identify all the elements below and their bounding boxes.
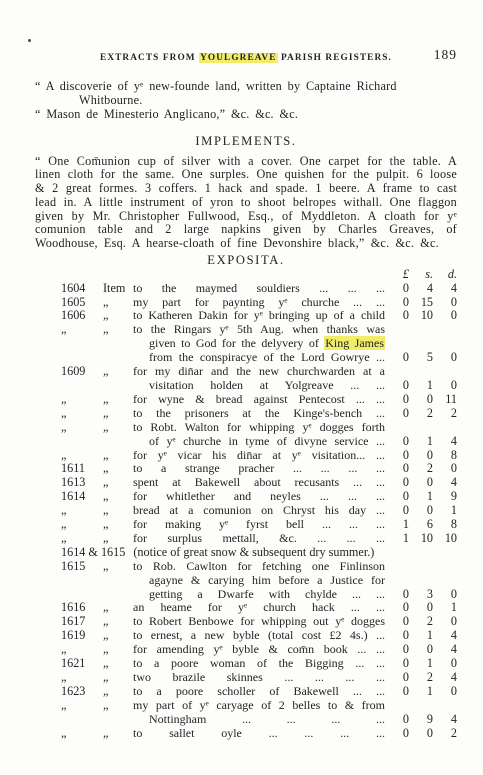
ditto-mark: „ <box>103 629 133 643</box>
amount-shillings: 0 <box>409 601 433 615</box>
entry-year: „ <box>35 671 103 685</box>
amount-pounds: 0 <box>385 685 409 699</box>
search-highlight-king-james: King James <box>324 336 385 350</box>
amount-pence: 0 <box>433 657 457 671</box>
entry-year: 1623 <box>35 685 103 699</box>
amount-shillings: 2 <box>409 407 433 421</box>
amount-shillings: 1 <box>409 629 433 643</box>
ditto-mark: „ <box>103 601 133 615</box>
amount-pence: 10 <box>433 532 457 546</box>
ditto-mark: „ <box>103 309 133 323</box>
entry-year: „ <box>35 421 103 435</box>
amount-shillings: 0 <box>409 727 433 741</box>
currency-column-headers: £ s. d. <box>35 268 457 281</box>
entry-year: „ <box>35 643 103 657</box>
implements-heading: IMPLEMENTS. <box>35 134 457 148</box>
entry-year: „ <box>35 393 103 407</box>
ditto-mark: „ <box>103 296 133 310</box>
ditto-mark: „ <box>103 685 133 699</box>
exposita-heading: EXPOSITA. <box>35 253 457 267</box>
register-entry-row: 1606„to Katheren Dakin for yᵉ bringing u… <box>35 309 457 323</box>
ditto-mark: „ <box>103 727 133 741</box>
column-header-pounds: £ <box>385 268 409 281</box>
entry-note: (notice of great snow & subsequent dry s… <box>125 546 457 560</box>
amount-shillings: 1 <box>409 435 433 449</box>
entry-description: to the prisoners at the Kinge's-bench ..… <box>133 407 385 421</box>
entry-year: „ <box>35 449 103 463</box>
amount-pounds: 0 <box>385 588 409 602</box>
amount-pounds: 0 <box>385 407 409 421</box>
register-entry-row: „„for surplus mettall, &c. ... ... ...11… <box>35 532 457 546</box>
amount-shillings: 0 <box>409 643 433 657</box>
amount-shillings: 3 <box>409 588 433 602</box>
amount-pounds: 0 <box>385 393 409 407</box>
amount-pence: 0 <box>433 462 457 476</box>
entry-description: spent at Bakewell about recusants ... ..… <box>133 476 385 490</box>
amount-pounds: 0 <box>385 601 409 615</box>
amount-shillings: 1 <box>409 490 433 504</box>
register-entry-row: 1623„to a poore scholler of Bakewell ...… <box>35 685 457 699</box>
amount-pence: 0 <box>433 588 457 602</box>
entry-description: to Rob. Cawlton for fetching one Finlins… <box>133 560 385 602</box>
register-entry-row: „„for wyne & bread against Pentecost ...… <box>35 393 457 407</box>
amount-shillings: 9 <box>409 713 433 727</box>
entry-description: to Robert Benbowe for whipping out yᵉ do… <box>133 615 385 629</box>
entry-description: for yᵉ vicar his din̄ar at yᵉ visitation… <box>133 449 385 463</box>
entry-description: to ernest, a new byble (total cost £2 4s… <box>133 629 385 643</box>
amount-shillings: 0 <box>409 393 433 407</box>
entry-year: „ <box>35 504 103 518</box>
amount-shillings: 0 <box>409 476 433 490</box>
amount-pence: 4 <box>433 629 457 643</box>
amount-shillings: 5 <box>409 351 433 365</box>
amount-pence: 0 <box>433 615 457 629</box>
entry-description: two brazile skinnes ... ... ... ... <box>133 671 385 685</box>
exposita-table: 1604Itemto the maymed souldiers ... ... … <box>35 282 457 741</box>
scan-artifact-dot <box>28 39 31 42</box>
amount-pence: 0 <box>433 351 457 365</box>
implements-paragraph: “ One Com̄union cup of silver with a cov… <box>35 155 457 251</box>
register-entry-row: 1613„spent at Bakewell about recusants .… <box>35 476 457 490</box>
entry-description: to sallet oyle ... ... ... ... <box>133 727 385 741</box>
running-header-post: PARISH REGISTERS. <box>278 53 392 63</box>
amount-pence: 1 <box>433 601 457 615</box>
ditto-mark: „ <box>103 671 133 685</box>
register-entry-row: „„to Robt. Walton for whipping yᵉ dogges… <box>35 421 457 449</box>
amount-pounds: 1 <box>385 518 409 532</box>
amount-pence: 4 <box>433 282 457 296</box>
quote-mason: “ Mason de Minesterio Anglicano,” &c. &c… <box>35 108 457 122</box>
amount-shillings: 1 <box>409 657 433 671</box>
ditto-mark: „ <box>103 643 133 657</box>
amount-shillings: 4 <box>409 282 433 296</box>
entry-year: 1609 <box>35 365 103 379</box>
amount-pounds: 0 <box>385 435 409 449</box>
entry-year: „ <box>35 323 103 337</box>
ditto-mark: „ <box>103 365 133 379</box>
register-entry-row: „„for making yᵉ fyrst bell ... ... ...16… <box>35 518 457 532</box>
amount-shillings: 15 <box>409 296 433 310</box>
register-entry-row: 1609„for my din̄ar and the new churchwar… <box>35 365 457 393</box>
amount-pence: 0 <box>433 309 457 323</box>
ditto-mark: „ <box>103 421 133 435</box>
amount-pounds: 0 <box>385 476 409 490</box>
entry-year: „ <box>35 699 103 713</box>
register-entry-row: 1611„to a strange pracher ... ... ... ..… <box>35 462 457 476</box>
amount-pence: 4 <box>433 671 457 685</box>
entry-year: 1613 <box>35 476 103 490</box>
register-entry-row: 1617„to Robert Benbowe for whipping out … <box>35 615 457 629</box>
amount-pence: 9 <box>433 490 457 504</box>
amount-shillings: 2 <box>409 462 433 476</box>
amount-pounds: 0 <box>385 490 409 504</box>
register-entry-row: 1604Itemto the maymed souldiers ... ... … <box>35 282 457 296</box>
ditto-mark: „ <box>103 504 133 518</box>
amount-pence: 4 <box>433 713 457 727</box>
entry-description: to a poore woman of the Bigging ... ... <box>133 657 385 671</box>
amount-pounds: 0 <box>385 671 409 685</box>
column-spacer <box>103 268 133 281</box>
amount-pounds: 0 <box>385 504 409 518</box>
amount-pounds: 0 <box>385 629 409 643</box>
amount-pence: 4 <box>433 476 457 490</box>
ditto-mark: „ <box>103 699 133 713</box>
amount-pounds: 0 <box>385 282 409 296</box>
entry-description: an heame for yᵉ church hack ... ... <box>133 601 385 615</box>
entry-description: for my din̄ar and the new churchwarden a… <box>133 365 385 393</box>
amount-shillings: 6 <box>409 518 433 532</box>
entry-description: to the maymed souldiers ... ... ... <box>133 282 385 296</box>
register-entry-row: „„to sallet oyle ... ... ... ...002 <box>35 727 457 741</box>
ditto-mark: „ <box>103 560 133 574</box>
register-entry-row: 1621„to a poore woman of the Bigging ...… <box>35 657 457 671</box>
entry-description: to a poore scholler of Bakewell ... ... <box>133 685 385 699</box>
ditto-mark: „ <box>103 407 133 421</box>
ditto-mark: „ <box>103 323 133 337</box>
amount-pounds: 0 <box>385 713 409 727</box>
running-header: EXTRACTS FROM YOULGREAVE PARISH REGISTER… <box>35 52 457 64</box>
amount-shillings: 2 <box>409 671 433 685</box>
entry-year: 1617 <box>35 615 103 629</box>
amount-shillings: 0 <box>409 504 433 518</box>
amount-pence: 2 <box>433 407 457 421</box>
amount-pounds: 0 <box>385 615 409 629</box>
book-page: EXTRACTS FROM YOULGREAVE PARISH REGISTER… <box>0 0 483 775</box>
running-header-pre: EXTRACTS FROM <box>100 53 199 63</box>
register-entry-row: 1605„my part for paynting yᵉ churche ...… <box>35 296 457 310</box>
entry-year: 1604 <box>35 282 103 296</box>
entry-year: 1615 <box>35 560 103 574</box>
amount-pounds: 0 <box>385 643 409 657</box>
entry-year: 1619 <box>35 629 103 643</box>
amount-pounds: 0 <box>385 657 409 671</box>
amount-pounds: 0 <box>385 379 409 393</box>
column-spacer <box>133 268 385 281</box>
page-number: 189 <box>434 49 457 61</box>
amount-pounds: 0 <box>385 309 409 323</box>
amount-shillings: 10 <box>409 532 433 546</box>
register-entry-row: „„bread at a comunion on Chryst his day … <box>35 504 457 518</box>
amount-pence: 8 <box>433 449 457 463</box>
amount-pence: 4 <box>433 435 457 449</box>
entry-year: 1614 & 1615 <box>35 546 125 560</box>
ditto-mark: „ <box>103 615 133 629</box>
amount-pounds: 0 <box>385 351 409 365</box>
register-entry-row: 1615„to Rob. Cawlton for fetching one Fi… <box>35 560 457 602</box>
amount-shillings: 10 <box>409 309 433 323</box>
ditto-mark: Item <box>103 282 133 296</box>
amount-pence: 0 <box>433 379 457 393</box>
amount-shillings: 1 <box>409 685 433 699</box>
entry-year: 1605 <box>35 296 103 310</box>
register-entry-row: 1619„to ernest, a new byble (total cost … <box>35 629 457 643</box>
column-header-shillings: s. <box>409 268 433 281</box>
amount-pounds: 0 <box>385 727 409 741</box>
column-spacer <box>35 268 103 281</box>
entry-description: to Katheren Dakin for yᵉ bringing up of … <box>133 309 385 323</box>
amount-pence: 0 <box>433 296 457 310</box>
amount-pence: 4 <box>433 643 457 657</box>
amount-pence: 1 <box>433 504 457 518</box>
entry-year: 1614 <box>35 490 103 504</box>
amount-pence: 11 <box>433 393 457 407</box>
entry-year: 1621 <box>35 657 103 671</box>
entry-description: for amending yᵉ byble & com̄n book ... .… <box>133 643 385 657</box>
register-entry-row: „„my part of yᵉ caryage of 2 belles to &… <box>35 699 457 727</box>
entry-year: 1616 <box>35 601 103 615</box>
entry-year: 1611 <box>35 462 103 476</box>
amount-pounds: 0 <box>385 462 409 476</box>
entry-description: bread at a comunion on Chryst his day ..… <box>133 504 385 518</box>
register-entry-row: 1616„an heame for yᵉ church hack ... ...… <box>35 601 457 615</box>
search-highlight-youlgreave: YOULGREAVE <box>199 53 277 63</box>
amount-shillings: 2 <box>409 615 433 629</box>
quote-discoverie: “ A discoverie of yᵉ new-founde land, wr… <box>35 80 457 108</box>
ditto-mark: „ <box>103 393 133 407</box>
entry-description: for whitlether and neyles ... ... ... <box>133 490 385 504</box>
ditto-mark: „ <box>103 657 133 671</box>
ditto-mark: „ <box>103 476 133 490</box>
register-entry-row: „„to the Ringars yᵉ 5th Aug. when thanks… <box>35 323 457 365</box>
amount-pence: 0 <box>433 685 457 699</box>
amount-pence: 2 <box>433 727 457 741</box>
register-entry-row: „„to the prisoners at the Kinge's-bench … <box>35 407 457 421</box>
amount-pounds: 1 <box>385 532 409 546</box>
register-entry-row: 1614„for whitlether and neyles ... ... .… <box>35 490 457 504</box>
ditto-mark: „ <box>103 449 133 463</box>
entry-description: for surplus mettall, &c. ... ... ... <box>133 532 385 546</box>
amount-pounds: 0 <box>385 449 409 463</box>
amount-pounds: 0 <box>385 296 409 310</box>
entry-description: my part for paynting yᵉ churche ... ... <box>133 296 385 310</box>
register-note-row: 1614 & 1615(notice of great snow & subse… <box>35 546 457 560</box>
ditto-mark: „ <box>103 462 133 476</box>
column-header-pence: d. <box>433 268 457 281</box>
register-entry-row: „„for amending yᵉ byble & com̄n book ...… <box>35 643 457 657</box>
entry-year: „ <box>35 727 103 741</box>
entry-description: my part of yᵉ caryage of 2 belles to & f… <box>133 699 385 727</box>
ditto-mark: „ <box>103 490 133 504</box>
amount-pence: 8 <box>433 518 457 532</box>
entry-year: „ <box>35 518 103 532</box>
ditto-mark: „ <box>103 518 133 532</box>
entry-year: 1606 <box>35 309 103 323</box>
entry-description: to a strange pracher ... ... ... ... <box>133 462 385 476</box>
entry-description: for wyne & bread against Pentecost ... .… <box>133 393 385 407</box>
entry-description: for making yᵉ fyrst bell ... ... ... <box>133 518 385 532</box>
amount-shillings: 1 <box>409 379 433 393</box>
entry-description: to Robt. Walton for whipping yᵉ dogges f… <box>133 421 385 449</box>
register-entry-row: „„for yᵉ vicar his din̄ar at yᵉ visitati… <box>35 449 457 463</box>
register-entry-row: „„two brazile skinnes ... ... ... ...024 <box>35 671 457 685</box>
ditto-mark: „ <box>103 532 133 546</box>
entry-description-text: from the conspiracye of the Lord Gowrye … <box>149 350 385 364</box>
entry-description: to the Ringars yᵉ 5th Aug. when thanks w… <box>133 323 385 365</box>
entry-year: „ <box>35 407 103 421</box>
amount-shillings: 0 <box>409 449 433 463</box>
entry-year: „ <box>35 532 103 546</box>
